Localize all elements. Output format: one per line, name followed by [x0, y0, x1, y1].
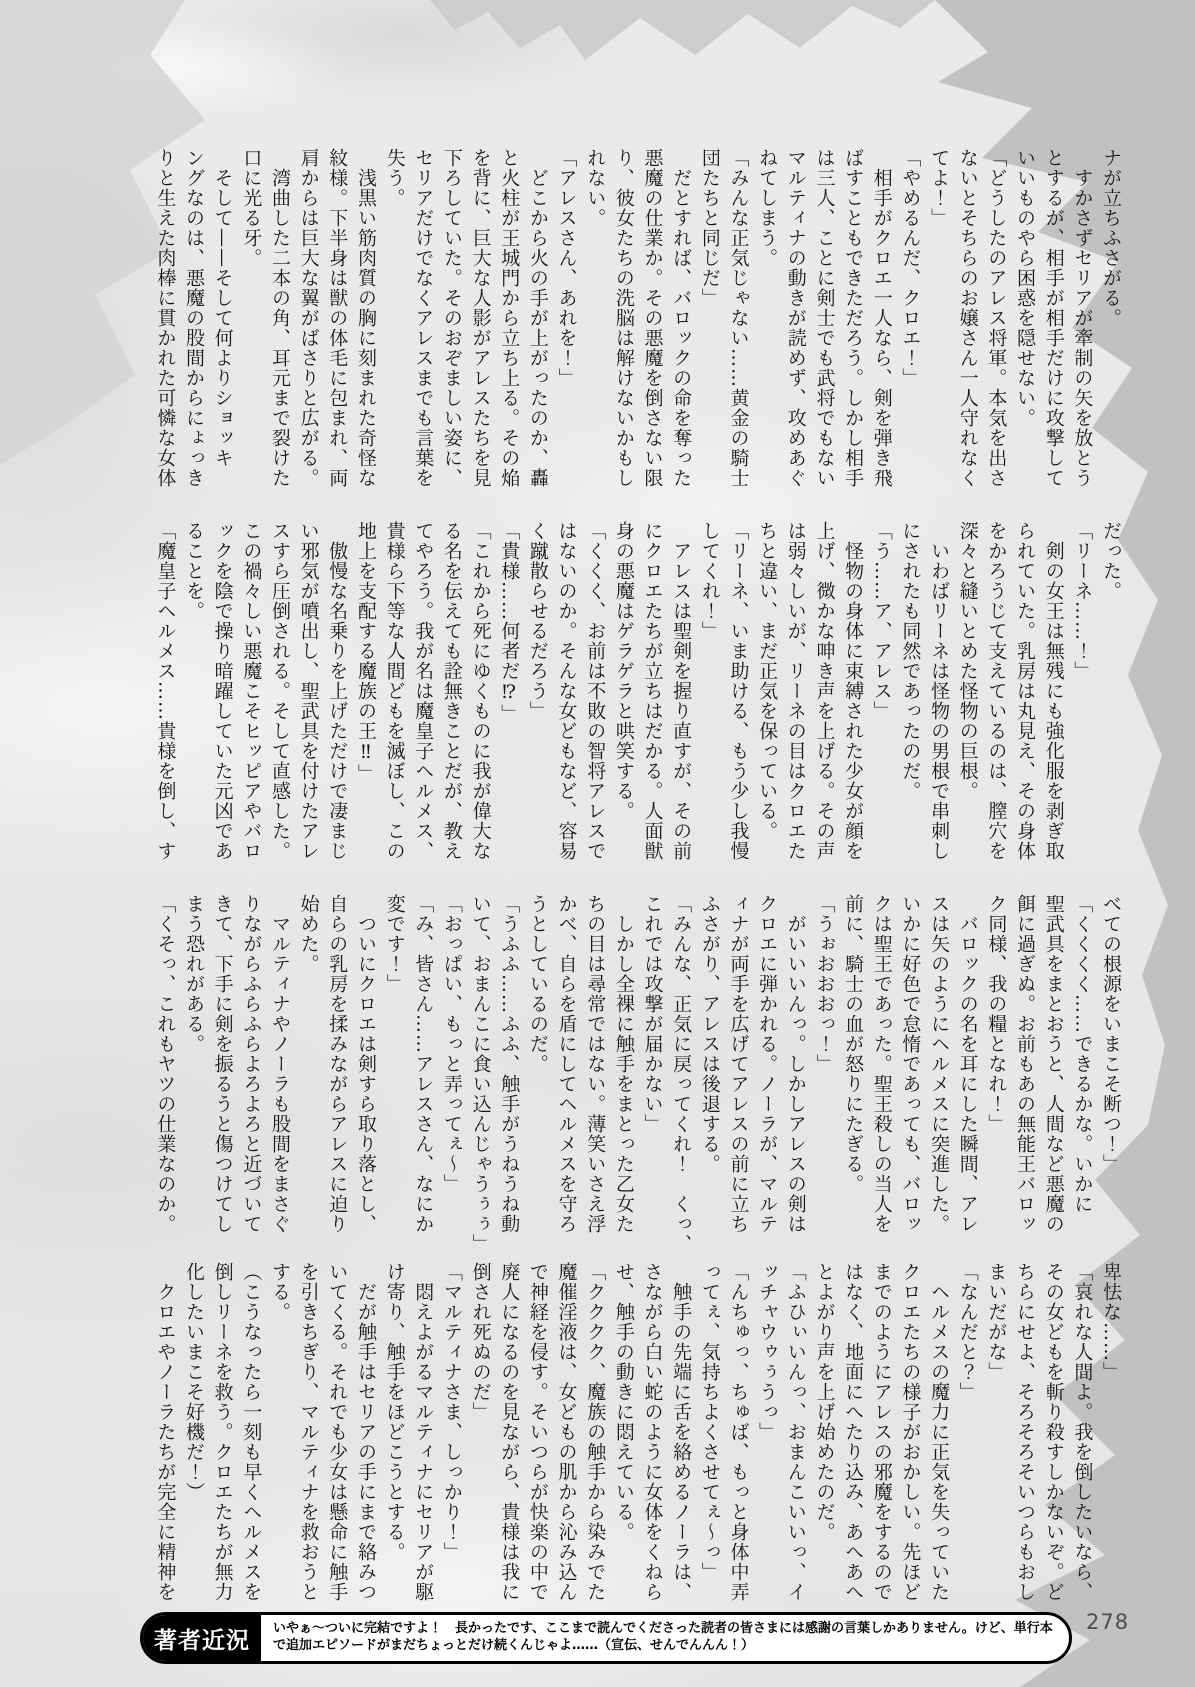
text-column: られていた。乳房は丸見え、その身体 — [1010, 521, 1039, 861]
text-column: 「なんだと？」 — [953, 1262, 982, 1602]
text-column: 「んちゅっ、ちゅば、もっと身体中弄 — [724, 1262, 753, 1602]
text-column: いかに好色で怠惰であっても、バロッ — [896, 894, 925, 1234]
text-column: ナが立ちふさがる。 — [1096, 148, 1125, 488]
text-column: まいだがな」 — [982, 1262, 1011, 1602]
text-column: かべ、自らを盾にしてヘルメスを守ろ — [552, 894, 581, 1234]
text-column: マルティナの動きが読めず、攻めあぐ — [781, 148, 810, 488]
text-column: 浅黒い筋肉質の胸に刻まれた奇怪な — [351, 148, 380, 488]
text-column: 「うふふ……ふふ、触手がうねうね動 — [495, 894, 524, 1234]
text-column: を背に、巨大な人影がアレスたちを見 — [466, 148, 495, 488]
text-column: で神経を侵す。そいつらが快楽の中で — [523, 1262, 552, 1602]
text-column: を引きちぎり、マルティナを救おうと — [294, 1262, 323, 1602]
text-column: だとすれば、バロックの命を奪った — [667, 148, 696, 488]
text-column: 聖武具をまとおうと、人間など悪魔の — [1039, 894, 1068, 1234]
scanned-novel-page: ナが立ちふさがる。 すかさずセリアが牽制の矢を放とうとするが、相手が相手だけに攻… — [0, 0, 1195, 1687]
text-column: れない。 — [581, 148, 610, 488]
text-column: すかさずセリアが牽制の矢を放とう — [1068, 148, 1097, 488]
text-column: ヘルメスの魔力に正気を失っていた — [924, 1262, 953, 1602]
text-column: 「みんな正気じゃない……黄金の騎士 — [724, 148, 753, 488]
text-column: ちの目は尋常ではない。薄笑いさえ浮 — [581, 894, 610, 1234]
text-column: ばすこともできただろう。しかし相手 — [838, 148, 867, 488]
text-column: いいものやら困惑を隠せない。 — [1010, 148, 1039, 488]
text-column: にされたも同然であったのだ。 — [896, 521, 925, 861]
text-column: 身の悪魔はゲラゲラと哄笑する。 — [609, 521, 638, 861]
text-column: 「これから死にゆくものに我が偉大な — [466, 521, 495, 861]
text-column: ィナが両手を広げてアレスの前に立ち — [724, 894, 753, 1234]
text-column: 「くくく、お前は不敗の智将アレスで — [581, 521, 610, 861]
text-column: ふさがり、アレスは後退する。 — [695, 894, 724, 1234]
text-column: 失う。 — [380, 148, 409, 488]
text-column: だが触手はセリアの手にまで絡みつ — [351, 1262, 380, 1602]
text-column: 肩からは巨大な翼がばさりと広がる。 — [294, 148, 323, 488]
text-column: 「くそっ、これもヤツの仕業なのか。 — [151, 894, 180, 1234]
text-column: ってぇ、気持ちよくさせてぇ〜っ」 — [695, 1262, 724, 1602]
text-column: は弱々しいが、リーネの目はクロエた — [781, 521, 810, 861]
text-column: してくれ！」 — [695, 521, 724, 861]
text-column: 前に、騎士の血が怒りにたぎる。 — [838, 894, 867, 1234]
text-column: ないとそちらのお嬢さん一人守れなく — [953, 148, 982, 488]
text-column: クロエに弾かれる。ノーラが、マルテ — [752, 894, 781, 1234]
text-column: はないのか。そんな女どもなど、容易 — [552, 521, 581, 861]
text-column: ッチャウゥぅうっ」 — [752, 1262, 781, 1602]
text-column: 「ふひぃいんっ、おまんこいいっ、イ — [781, 1262, 810, 1602]
text-column: 悪魔の仕業か。その悪魔を倒さない限 — [638, 148, 667, 488]
text-column: 深々と縫いとめた怪物の巨根。 — [953, 521, 982, 861]
text-column: 口に光る牙。 — [237, 148, 266, 488]
text-column: 湾曲した二本の角、耳元まで裂けた — [265, 148, 294, 488]
text-column: 始めた。 — [294, 894, 323, 1234]
text-column: する。 — [265, 1262, 294, 1602]
text-column: く蹴散らせるだろう」 — [523, 521, 552, 861]
text-column: まう恐れがある。 — [179, 894, 208, 1234]
text-column: い邪気が噴出し、聖武具を付けたアレ — [294, 521, 323, 861]
text-column: せ、触手の動きに悶えている。 — [609, 1262, 638, 1602]
text-column: バロックの名を耳にした瞬間、アレ — [953, 894, 982, 1234]
text-column: ることを。 — [179, 521, 208, 861]
text-column: うとしているのだ。 — [523, 894, 552, 1234]
text-column: ねてしまう。 — [752, 148, 781, 488]
text-column: この禍々しい悪魔こそヒッピアやバロ — [237, 521, 266, 861]
text-column: りながらふらふらよろよろと近づいて — [237, 894, 266, 1234]
author-note-label: 著者近況 — [143, 1615, 261, 1661]
text-column: ついにクロエは剣すら取り落とし、 — [351, 894, 380, 1234]
text-column: 「貴様……何者だ⁉」 — [495, 521, 524, 861]
text-column: 上げ、微かな呻き声を上げる。その声 — [810, 521, 839, 861]
text-column: 「やめるんだ、クロエ！」 — [896, 148, 925, 488]
text-column: 怪物の身体に束縛された少女が顔を — [838, 521, 867, 861]
text-column: 変です！」 — [380, 894, 409, 1234]
text-column: これでは攻撃が届かない」 — [638, 894, 667, 1234]
text-column: 紋様。下半身は獣の体毛に包まれ、両 — [323, 148, 352, 488]
text-column: 「哀れな人間よ。我を倒したいなら、 — [1068, 1262, 1097, 1602]
text-column: にクロエたちが立ちはだかる。人面獣 — [638, 521, 667, 861]
text-column: 卑怯な……」 — [1096, 1262, 1125, 1602]
text-column: いてくる。それでも少女は懸命に触手 — [323, 1262, 352, 1602]
text-column: 「魔皇子ヘルメス……貴様を倒し、す — [151, 521, 180, 861]
text-column: てやろう。我が名は魔皇子ヘルメス、 — [409, 521, 438, 861]
text-column: 貴様ら下等な人間どもを滅ぼし、この — [380, 521, 409, 861]
text-column: をかろうじて支えているのは、膣穴を — [982, 521, 1011, 861]
text-column: だった。 — [1096, 521, 1125, 861]
text-column: 「みんな、正気に戻ってくれ！ くっ、 — [667, 894, 696, 1234]
text-column: スすら圧倒される。そして直感した。 — [265, 521, 294, 861]
text-band-2: だった。「リーネ……！」 剣の女王は無残にも強化服を剥ぎ取られていた。乳房は丸見… — [150, 521, 1125, 861]
text-column: 触手の先端に舌を絡めるノーラは、 — [667, 1262, 696, 1602]
author-note-box: 著者近況 いやぁ〜ついに完結ですよ！ 長かったです、ここまで読んでくださった読者… — [140, 1612, 1072, 1664]
text-column: 「み、皆さん……アレスさん、なにか — [409, 894, 438, 1234]
text-column: 自らの乳房を揉みながらアレスに迫り — [323, 894, 352, 1234]
text-column: その女どもを斬り殺すしかないぞ。ど — [1039, 1262, 1068, 1602]
text-column: べての根源をいまこそ断つ！」 — [1096, 894, 1125, 1234]
text-column: ちらにせよ、そろそろそいつらもおし — [1010, 1262, 1039, 1602]
text-column: スは矢のようにヘルメスに突進した。 — [924, 894, 953, 1234]
text-column: とするが、相手が相手だけに攻撃して — [1039, 148, 1068, 488]
text-band-1: ナが立ちふさがる。 すかさずセリアが牽制の矢を放とうとするが、相手が相手だけに攻… — [150, 148, 1125, 488]
text-column: アレスは聖剣を握り直すが、その前 — [667, 521, 696, 861]
text-column: 「どうしたのアレス将軍。本気を出さ — [982, 148, 1011, 488]
text-column: 「リーネ、いま助ける、もう少し我慢 — [724, 521, 753, 861]
text-column: どこから火の手が上がったのか、轟 — [523, 148, 552, 488]
text-column: 餌に過ぎぬ。お前もあの無能王バロッ — [1010, 894, 1039, 1234]
text-column: 剣の女王は無残にも強化服を剥ぎ取 — [1039, 521, 1068, 861]
text-column: ックを陰で操り暗躍していた元凶であ — [208, 521, 237, 861]
text-column: てよ！」 — [924, 148, 953, 488]
text-column: 「うぉおおおっ！」 — [810, 894, 839, 1234]
text-column: そして——そして何よりショッキ — [208, 148, 237, 488]
text-column: ちと違い、まだ正気を保っている。 — [752, 521, 781, 861]
text-column: がいいいんっ。しかしアレスの剣は — [781, 894, 810, 1234]
text-column: はなく、地面にへたり込み、あへあへ — [838, 1262, 867, 1602]
text-column: 地上を支配する魔族の王‼」 — [351, 521, 380, 861]
text-column: しかし全裸に触手をまとった乙女た — [609, 894, 638, 1234]
text-column: 下ろしていた。そのおぞましい姿に、 — [437, 148, 466, 488]
text-column: さながら白い蛇のように女体をくねら — [638, 1262, 667, 1602]
text-column: る名を伝えても詮無きことだが、教え — [437, 521, 466, 861]
text-column: り、彼女たちの洗脳は解けないかもし — [609, 148, 638, 488]
text-column: 「う……ア、アレス」 — [867, 521, 896, 861]
text-column: 悶えよがるマルティナにセリアが駆 — [409, 1262, 438, 1602]
text-column: とよがり声を上げ始めたのだ。 — [810, 1262, 839, 1602]
text-column: 廃人になるのを見ながら、貴様は我に — [495, 1262, 524, 1602]
text-column: 「マルティナさま、しっかり！」 — [437, 1262, 466, 1602]
text-column: きて、下手に剣を振るうと傷つけてし — [208, 894, 237, 1234]
text-column: りと生えた肉棒に貫かれた可憐な女体 — [151, 148, 180, 488]
text-column: 団たちと同じだ」 — [695, 148, 724, 488]
text-column: 「おっぱい、もっと弄ってぇ〜」 — [437, 894, 466, 1234]
text-column: クロエたちの様子がおかしい。先ほど — [896, 1262, 925, 1602]
text-column: クロエやノーラたちが完全に精神を — [151, 1262, 180, 1602]
text-column: 「アレスさん、あれを！」 — [552, 148, 581, 488]
text-column: 「くくくく……できるかな。いかに — [1068, 894, 1097, 1234]
text-column: 相手がクロエ一人なら、剣を弾き飛 — [867, 148, 896, 488]
text-column: 化したいまこそ好機だ！） — [179, 1262, 208, 1602]
author-note-text: いやぁ〜ついに完結ですよ！ 長かったです、ここまで読んでくださった読者の皆さまに… — [261, 1615, 1069, 1661]
text-column: 「クククク、魔族の触手から染みでた — [581, 1262, 610, 1602]
text-band-4: 卑怯な……」「哀れな人間よ。我を倒したいなら、その女どもを斬り殺すしかないぞ。ど… — [150, 1262, 1125, 1602]
text-column: 魔催淫液は、女どもの肌から沁み込ん — [552, 1262, 581, 1602]
text-column: は三人、ことに剣士でも武将でもない — [810, 148, 839, 488]
text-column: マルティナやノーラも股間をまさぐ — [265, 894, 294, 1234]
text-column: と火柱が王城門から立ち上る。その焔 — [495, 148, 524, 488]
text-column: け寄り、触手をほどこうとする。 — [380, 1262, 409, 1602]
text-column: 倒しリーネを救う。クロエたちが無力 — [208, 1262, 237, 1602]
text-column: いて、おまんこに食い込んじゃうぅぅ」 — [466, 894, 495, 1234]
text-band-3: べての根源をいまこそ断つ！」「くくくく……できるかな。いかに聖武具をまとおうと、… — [150, 894, 1125, 1234]
text-column: ングなのは、悪魔の股間からにょっき — [179, 148, 208, 488]
text-column: までのようにアレスの邪魔をするので — [867, 1262, 896, 1602]
text-column: 傲慢な名乗りを上げただけで凄まじ — [323, 521, 352, 861]
text-column: （こうなったら一刻も早くヘルメスを — [237, 1262, 266, 1602]
text-column: ク同様、我の糧となれ！」 — [982, 894, 1011, 1234]
text-column: 「リーネ……！」 — [1068, 521, 1097, 861]
text-column: いわばリーネは怪物の男根で串刺し — [924, 521, 953, 861]
text-column: クは聖王であった。聖王殺しの当人を — [867, 894, 896, 1234]
text-column: 倒され死ぬのだ」 — [466, 1262, 495, 1602]
text-column: セリアだけでなくアレスまでも言葉を — [409, 148, 438, 488]
page-number: 278 — [1086, 1610, 1129, 1634]
